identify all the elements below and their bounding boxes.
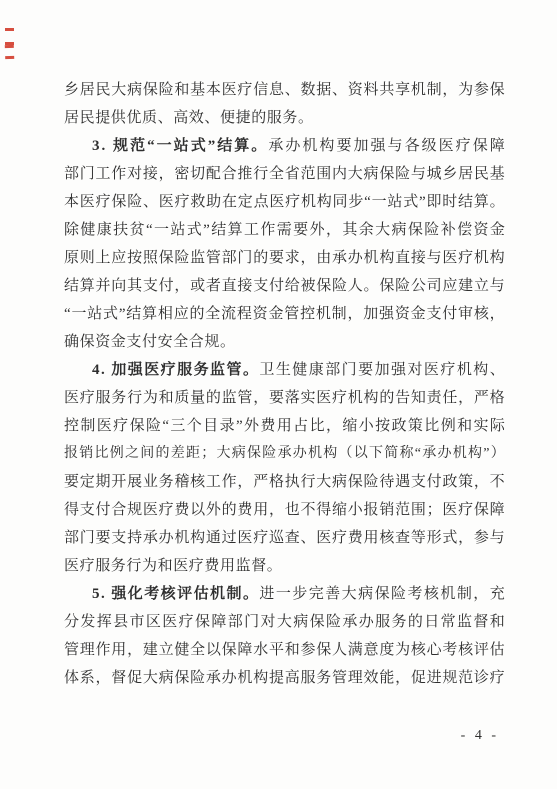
text-line: 分发挥县市区医疗保障部门对大病保险承办服务的日常监督和 [64, 608, 505, 636]
text-line: 除健康扶贫“一站式”结算工作需要外，其余大病保险补偿资金 [64, 216, 505, 244]
text-line: “一站式”结算相应的全流程资金管控机制，加强资金支付审核， [64, 300, 505, 328]
text-line: 5. 强化考核评估机制。进一步完善大病保险考核机制，充 [64, 580, 505, 608]
text-line: 3. 规范“一站式”结算。承办机构要加强与各级医疗保障 [64, 132, 505, 160]
text-line: 原则上应按照保险监管部门的要求，由承办机构直接与医疗机构 [64, 244, 505, 272]
red-print-artifact-icon [5, 28, 14, 45]
page-number: - 4 - [461, 727, 499, 745]
text-line: 医疗服务行为和医疗费用监督。 [64, 552, 505, 580]
text-line: 结算并向其支付，或者直接支付给被保险人。保险公司应建立与 [64, 272, 505, 300]
text-line: 医疗服务行为和质量的监管，要落实医疗机构的告知责任，严格 [64, 384, 505, 412]
text-line: 居民提供优质、高效、便捷的服务。 [64, 104, 505, 132]
text-line: 乡居民大病保险和基本医疗信息、数据、资料共享机制，为参保 [64, 76, 505, 104]
text-line: 体系，督促大病保险承办机构提高服务管理效能，促进规范诊疗 [64, 664, 505, 692]
text-line: 管理作用，建立健全以保障水平和参保人满意度为核心考核评估 [64, 636, 505, 664]
text-line: 部门要支持承办机构通过医疗巡查、医疗费用核查等形式，参与 [64, 524, 505, 552]
text-line: 得支付合规医疗费以外的费用，也不得缩小报销范围；医疗保障 [64, 496, 505, 524]
document-page: 乡居民大病保险和基本医疗信息、数据、资料共享机制，为参保居民提供优质、高效、便捷… [0, 0, 557, 789]
text-line: 4. 加强医疗服务监管。卫生健康部门要加强对医疗机构、 [64, 356, 505, 384]
text-block: 乡居民大病保险和基本医疗信息、数据、资料共享机制，为参保居民提供优质、高效、便捷… [64, 76, 505, 692]
text-line: 报销比例之间的差距；大病保险承办机构（以下简称“承办机构”） [64, 440, 505, 468]
text-line: 部门工作对接，密切配合推行全省范围内大病保险与城乡居民基 [64, 160, 505, 188]
text-line: 本医疗保险、医疗救助在定点医疗机构同步“一站式”即时结算。 [64, 188, 505, 216]
text-line: 确保资金支付安全合规。 [64, 328, 505, 356]
red-print-artifact-icon [5, 45, 14, 59]
text-line: 控制医疗保险“三个目录”外费用占比，缩小按政策比例和实际 [64, 412, 505, 440]
text-line: 要定期开展业务稽核工作，严格执行大病保险待遇支付政策，不 [64, 468, 505, 496]
